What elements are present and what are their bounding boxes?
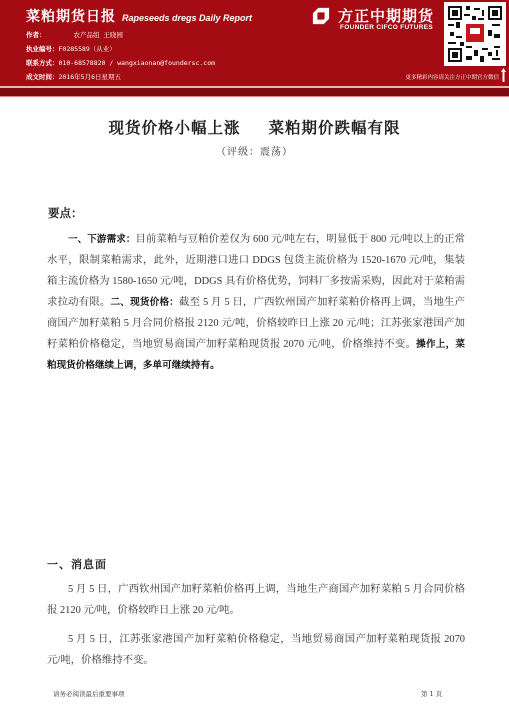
document-title: 现货价格小幅上涨菜粕期价跌幅有限 xyxy=(0,116,509,138)
contact-label: 联系方式： xyxy=(26,59,59,67)
founder-logo-icon xyxy=(312,7,330,25)
report-title-cn: 菜粕期货日报 xyxy=(26,9,116,25)
license-row: 执业编号：F0285589（从业） xyxy=(26,44,116,53)
report-header: 菜粕期货日报Rapeseeds dregs Daily Report 作者：农产… xyxy=(0,0,509,86)
keypoint-2-label: 二、现货价格： xyxy=(111,297,180,308)
title-right: 菜粕期价跌幅有限 xyxy=(269,118,401,137)
keypoints-heading: 要点： xyxy=(48,205,83,221)
qr-code-icon xyxy=(448,6,502,62)
title-left: 现货价格小幅上涨 xyxy=(108,118,240,137)
header-divider-line xyxy=(0,96,509,97)
footer-disclaimer: 请务必阅读最后重要事项 xyxy=(53,689,125,698)
brand-name-en: FOUNDER CIFCO FUTURES xyxy=(340,24,433,31)
report-title-en: Rapeseeds dregs Daily Report xyxy=(122,13,252,23)
page-number: 第 1 页 xyxy=(421,689,442,698)
contact-value[interactable]: 010-68578820 / wangxiaonan@foundersc.com xyxy=(59,59,216,67)
date-row: 成文时间：2016年5月6日星期五 xyxy=(26,72,121,81)
brand-name-cn: 方正中期期货 xyxy=(338,5,434,26)
report-title: 菜粕期货日报Rapeseeds dregs Daily Report xyxy=(26,6,252,26)
author-row: 作者：农产品组 王晓园 xyxy=(26,30,123,39)
qr-caption: 更多精彩内容请关注方正中期官方微信 xyxy=(405,73,499,81)
keypoint-1-label: 一、下游需求： xyxy=(68,234,136,245)
rating: （评级：震荡） xyxy=(0,143,509,158)
arrow-up-icon xyxy=(501,68,506,82)
date-value: 2016年5月6日星期五 xyxy=(59,73,121,81)
license-label: 执业编号： xyxy=(26,45,59,53)
news-paragraph-1: 5 月 5 日，广西钦州国产加籽菜粕价格再上调，当地生产商国产加籽菜粕 5 月合… xyxy=(47,579,465,621)
header-divider-dark xyxy=(0,88,509,96)
keypoints-paragraph: 一、下游需求：目前菜粕与豆粕价差仅为 600 元/吨左右，明显低于 800 元/… xyxy=(47,229,465,376)
date-label: 成文时间： xyxy=(26,73,59,81)
author-label: 作者： xyxy=(26,31,46,39)
news-paragraph-2: 5 月 5 日，江苏张家港国产加籽菜粕价格稳定，当地贸易商国产加籽菜粕现货报 2… xyxy=(47,629,465,671)
contact-row: 联系方式：010-68578820 / wangxiaonan@founders… xyxy=(26,58,215,67)
section-news-heading: 一、消息面 xyxy=(47,556,107,572)
license-value: F0285589（从业） xyxy=(59,45,116,53)
wechat-qr-code[interactable] xyxy=(444,2,506,66)
author-value: 农产品组 王晓园 xyxy=(74,31,123,39)
